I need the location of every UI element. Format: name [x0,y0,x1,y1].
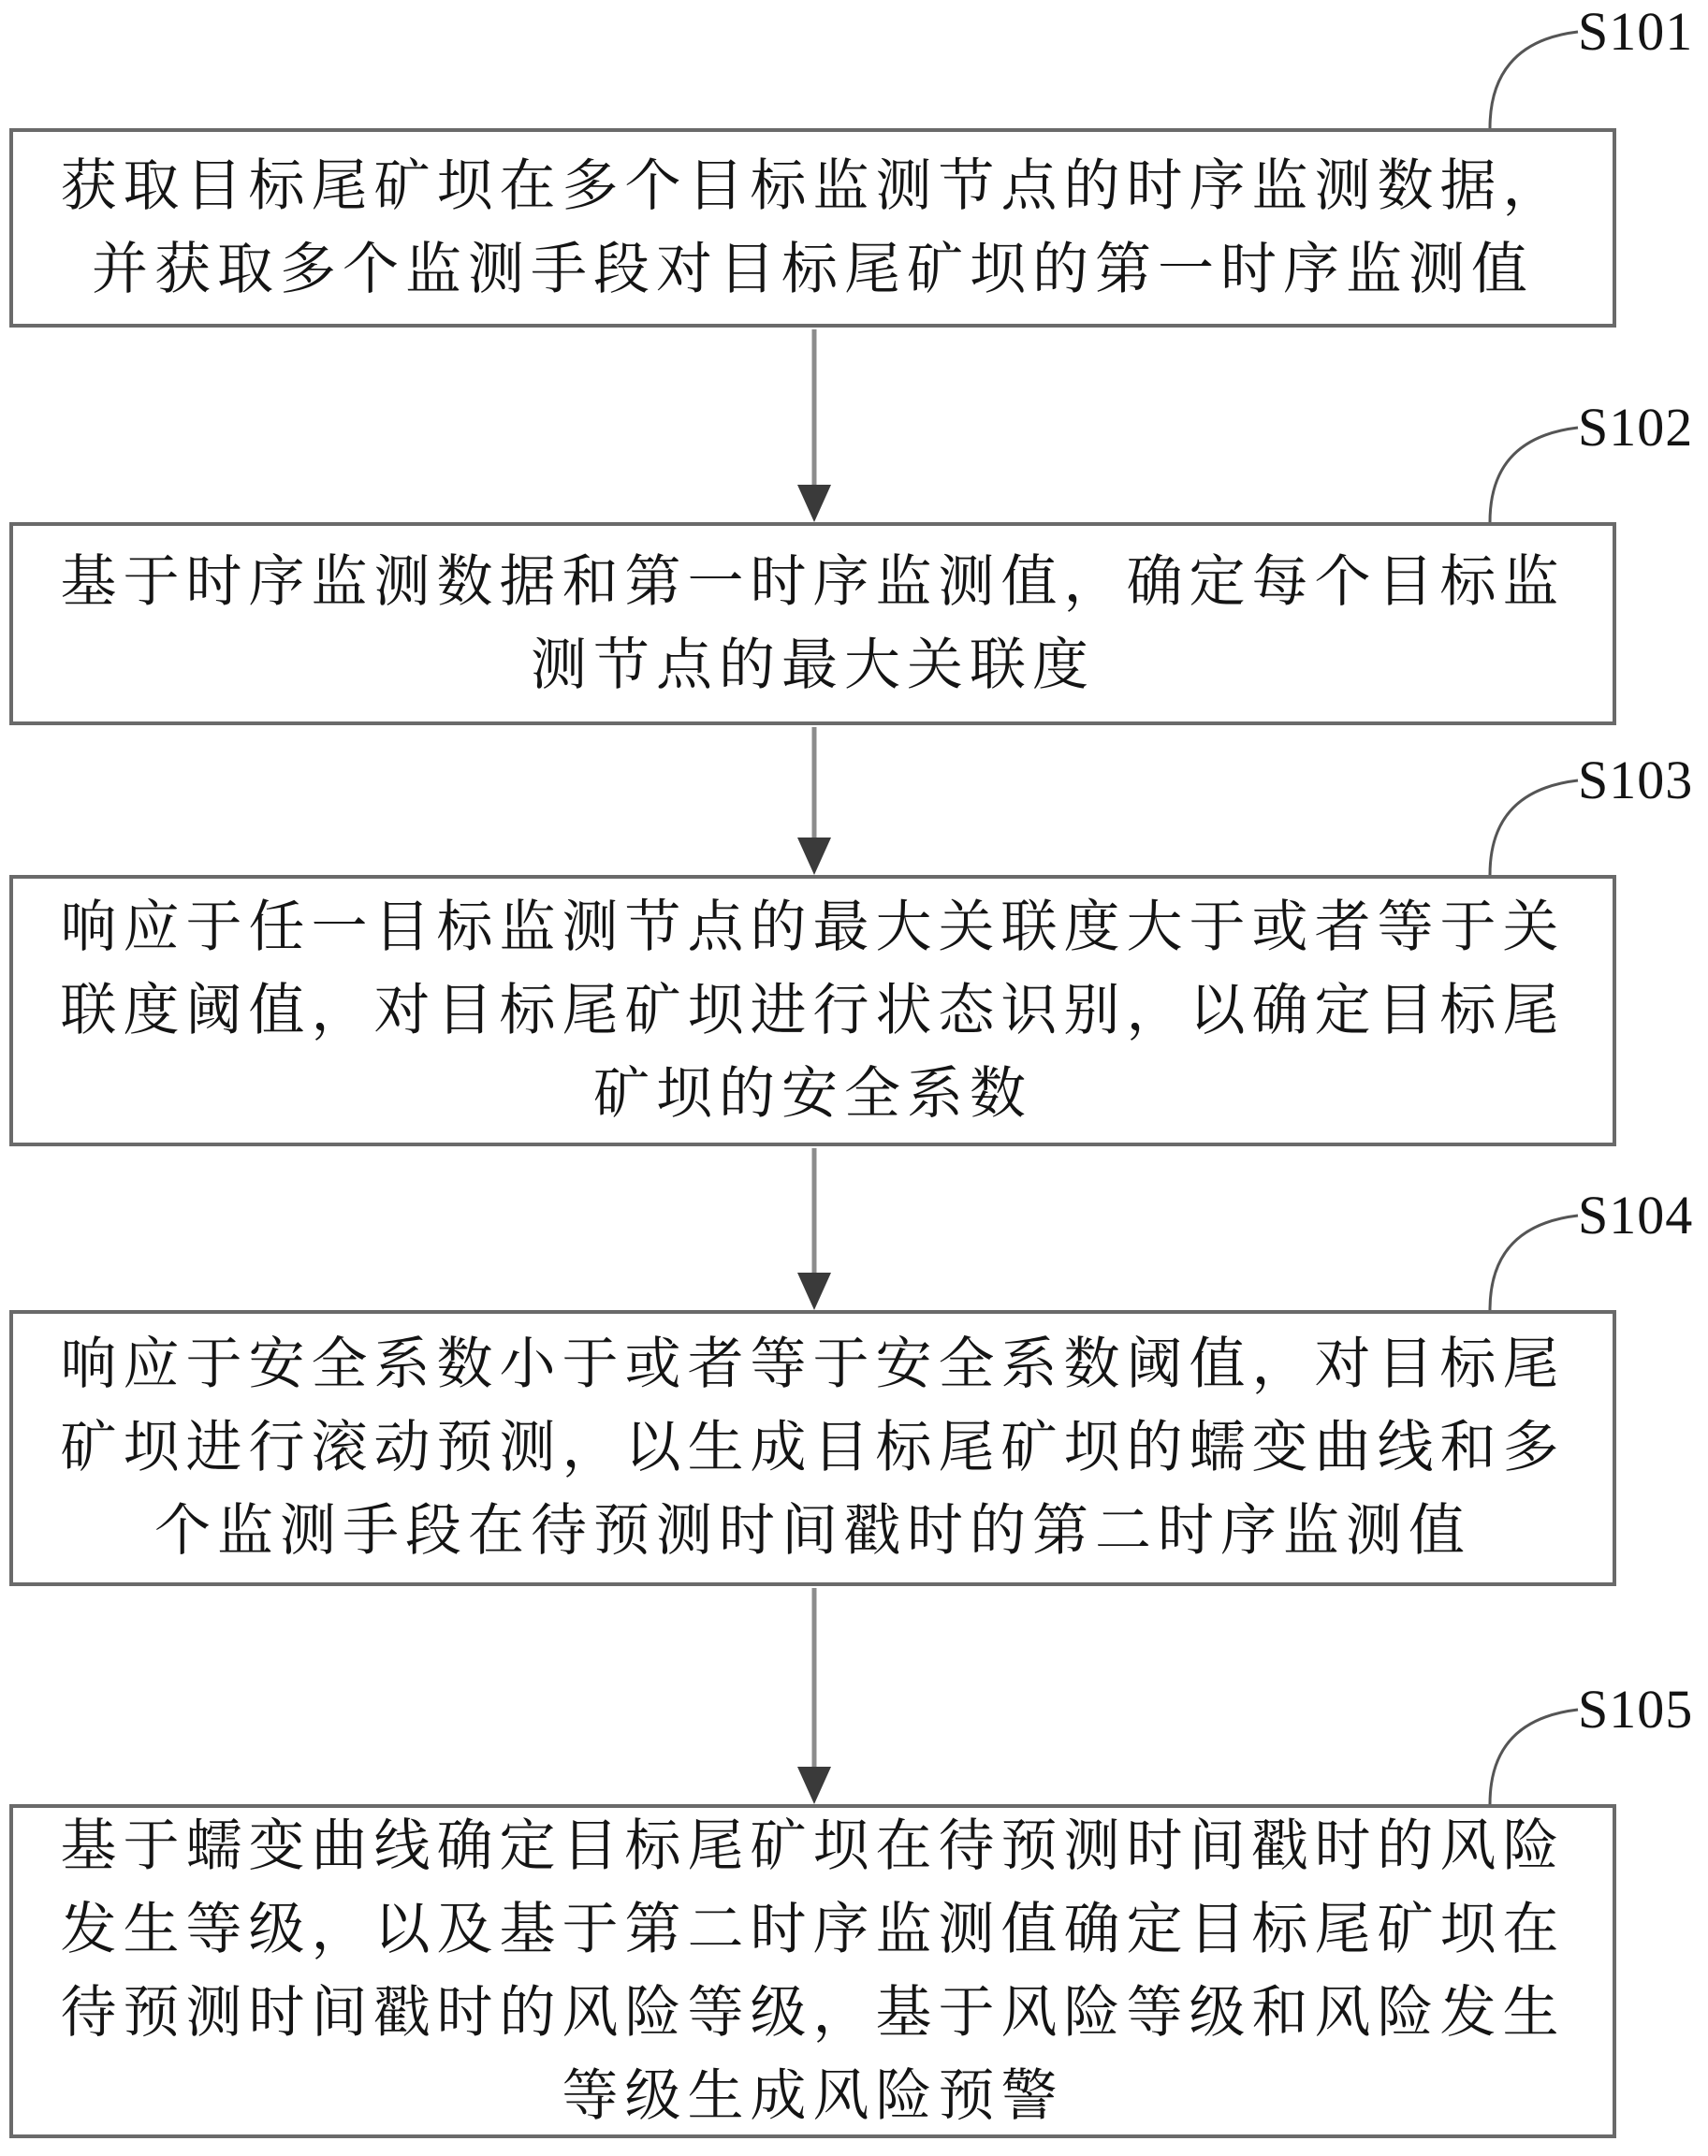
arrow-head-icon [797,485,831,522]
arrow-head-icon [797,1767,831,1804]
flow-arrow-2 [797,727,831,875]
label-curve-s102 [1490,428,1578,522]
flow-step-box-s101: 获取目标尾矿坝在多个目标监测节点的时序监测数据， 并获取多个监测手段对目标尾矿坝… [9,128,1616,328]
flow-step-box-s102: 基于时序监测数据和第一时序监测值，确定每个目标监 测节点的最大关联度 [9,522,1616,725]
flow-step-box-s105: 基于蠕变曲线确定目标尾矿坝在待预测时间戳时的风险 发生等级，以及基于第二时序监测… [9,1804,1616,2138]
box-text-line: 基于时序监测数据和第一时序监测值，确定每个目标监 [13,541,1613,624]
flow-step-box-s104: 响应于安全系数小于或者等于安全系数阈值，对目标尾 矿坝进行滚动预测，以生成目标尾… [9,1310,1616,1586]
step-label-s103: S103 [1578,750,1705,810]
flow-arrow-4 [797,1588,831,1804]
label-curve-s101 [1490,32,1578,128]
box-text-line: 个监测手段在待预测时间戳时的第二时序监测值 [13,1490,1613,1573]
box-text-line: 等级生成风险预警 [13,2055,1613,2138]
step-label-s101: S101 [1578,2,1705,62]
box-text-line: 联度阈值，对目标尾矿坝进行状态识别，以确定目标尾 [13,969,1613,1053]
flowchart: S101 S102 S103 S104 S105 获取目标尾矿坝在多个目标监测节… [0,0,1708,2156]
box-text-line: 测节点的最大关联度 [13,624,1613,707]
box-text-line: 基于蠕变曲线确定目标尾矿坝在待预测时间戳时的风险 [13,1805,1613,1888]
arrow-head-icon [797,838,831,875]
label-curve-s103 [1490,780,1578,875]
box-text-line: 响应于安全系数小于或者等于安全系数阈值，对目标尾 [13,1323,1613,1406]
box-text-line: 获取目标尾矿坝在多个目标监测节点的时序监测数据， [13,145,1613,228]
box-text-line: 响应于任一目标监测节点的最大关联度大于或者等于关 [13,886,1613,969]
flow-step-box-s103: 响应于任一目标监测节点的最大关联度大于或者等于关 联度阈值，对目标尾矿坝进行状态… [9,875,1616,1146]
arrow-head-icon [797,1273,831,1310]
step-label-s105: S105 [1578,1680,1705,1740]
label-curve-s104 [1490,1216,1578,1310]
step-label-s104: S104 [1578,1186,1705,1246]
flow-arrow-3 [797,1148,831,1310]
flow-arrow-1 [797,329,831,522]
label-curve-s105 [1490,1710,1578,1804]
box-text-line: 矿坝进行滚动预测，以生成目标尾矿坝的蠕变曲线和多 [13,1406,1613,1490]
box-text-line: 待预测时间戳时的风险等级，基于风险等级和风险发生 [13,1972,1613,2055]
step-label-s102: S102 [1578,398,1705,458]
box-text-line: 矿坝的安全系数 [13,1053,1613,1136]
box-text-line: 发生等级，以及基于第二时序监测值确定目标尾矿坝在 [13,1888,1613,1972]
box-text-line: 并获取多个监测手段对目标尾矿坝的第一时序监测值 [13,228,1613,312]
